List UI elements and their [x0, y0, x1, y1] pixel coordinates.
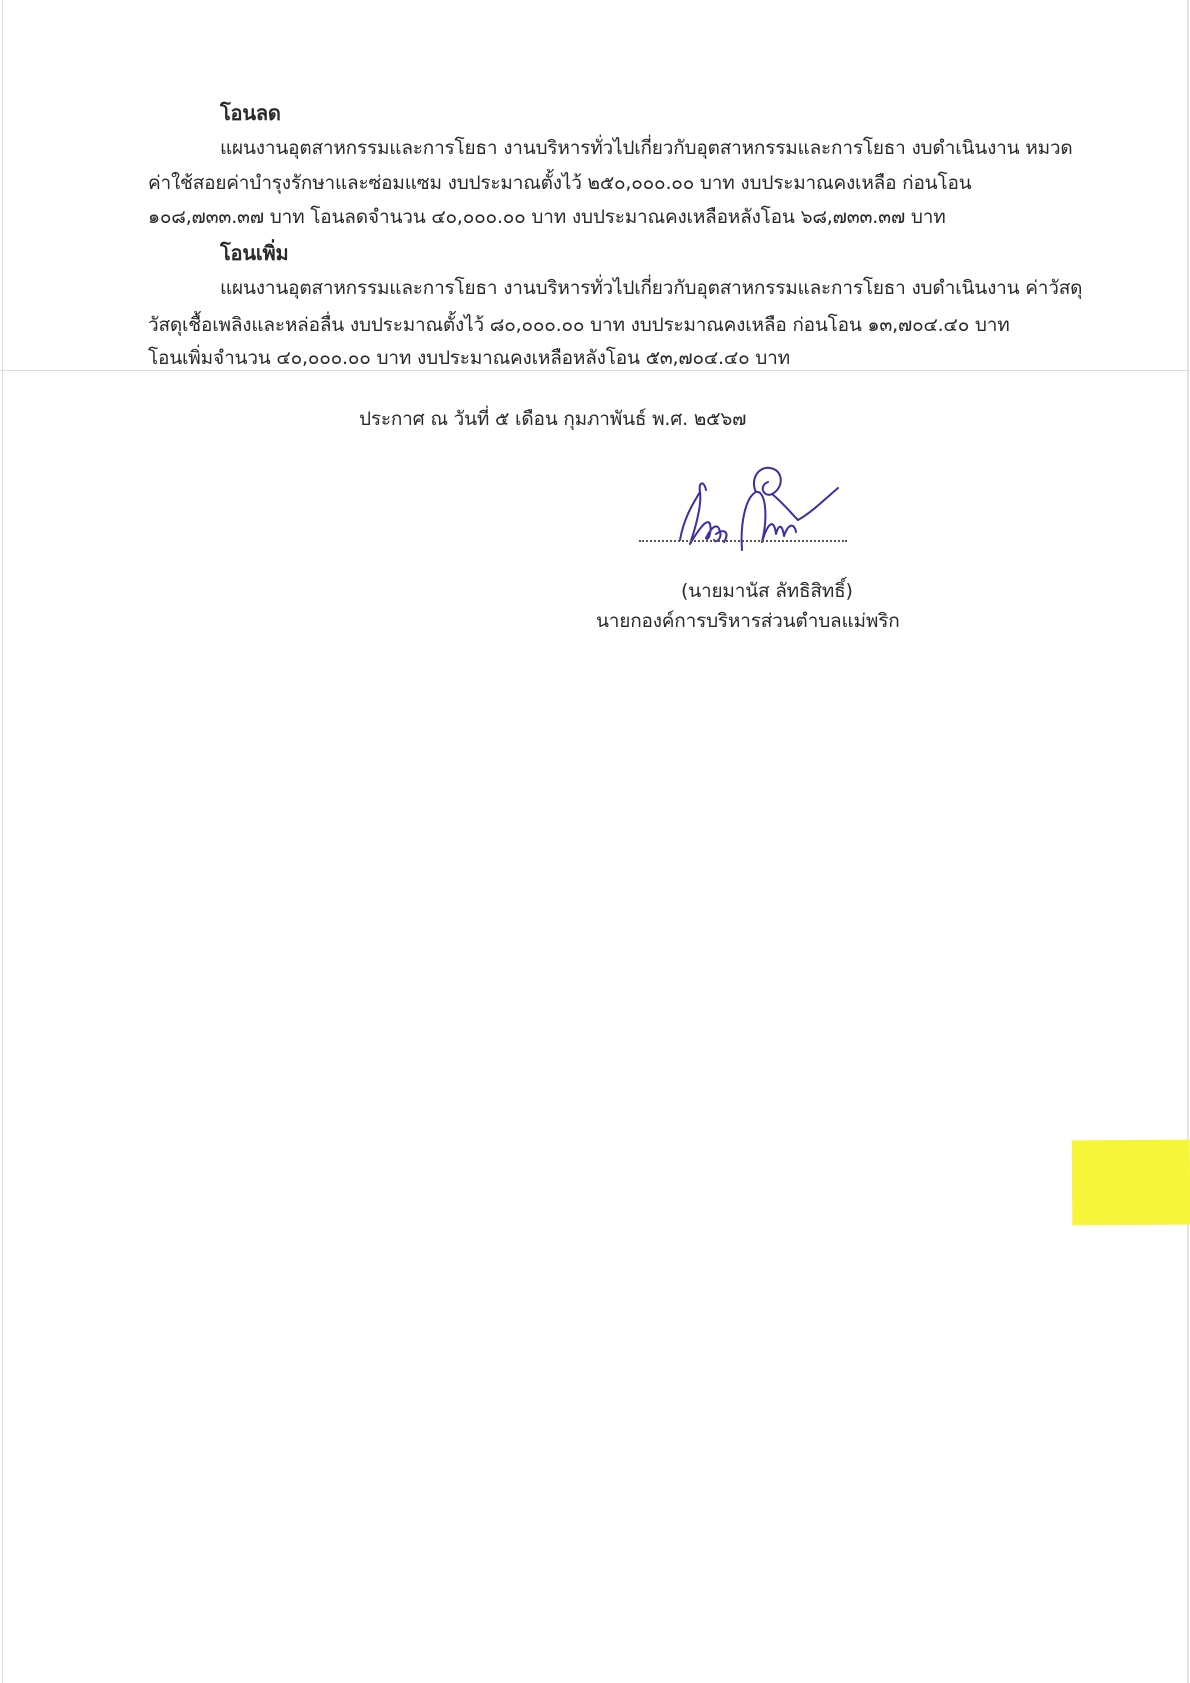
paragraph-line: ค่าใช้สอยค่าบำรุงรักษาและซ่อมแซม งบประมา… — [148, 171, 971, 195]
paragraph-line: โอนเพิ่มจำนวน ๔๐,๐๐๐.๐๐ บาท งบประมาณคงเห… — [148, 346, 790, 370]
page-edge-left — [2, 0, 3, 1683]
paragraph-line: แผนงานอุตสาหกรรมและการโยธา งานบริหารทั่ว… — [220, 276, 1082, 300]
signature-line — [639, 538, 847, 542]
sticky-note — [1072, 1140, 1190, 1226]
announcement-date: ประกาศ ณ วันที่ ๕ เดือน กุมภาพันธ์ พ.ศ. … — [359, 407, 746, 431]
signature-image — [672, 462, 842, 557]
scan-artifact-line — [0, 370, 1190, 371]
signatory-name: (นายมานัส ลัทธิสิทธิ์) — [681, 579, 853, 603]
heading-transfer-decrease: โอนลด — [220, 101, 281, 125]
paragraph-line: แผนงานอุตสาหกรรมและการโยธา งานบริหารทั่ว… — [220, 136, 1073, 160]
paragraph-line: วัสดุเชื้อเพลิงและหล่อลื่น งบประมาณตั้งไ… — [148, 313, 1010, 337]
page-edge-right — [1187, 0, 1189, 1683]
paragraph-line: ๑๐๘,๗๓๓.๓๗ บาท โอนลดจำนวน ๔๐,๐๐๐.๐๐ บาท … — [148, 205, 946, 229]
signatory-position: นายกองค์การบริหารส่วนตำบลแม่พริก — [596, 609, 900, 633]
heading-transfer-increase: โอนเพิ่ม — [220, 241, 288, 265]
